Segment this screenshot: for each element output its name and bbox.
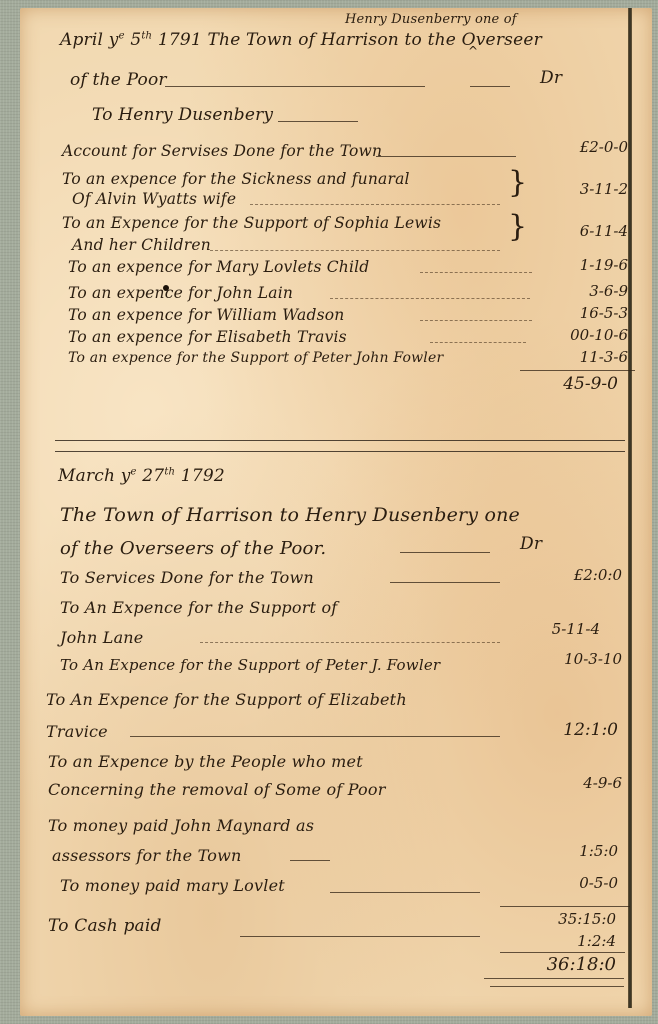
- date-day: 5: [130, 30, 141, 50]
- insertion-note: Henry Dusenberry one of: [345, 12, 517, 27]
- ledger-item-amount: 00-10-6: [570, 326, 628, 344]
- ledger-item-text: To an expence for Elisabeth Travis: [68, 328, 347, 346]
- ledger-item-amount: 1:5:0: [579, 842, 618, 860]
- ledger-item-text: Account for Servises Done for the Town: [62, 142, 382, 160]
- ledger-item-amount: 10-3-10: [564, 650, 622, 668]
- rule: [470, 86, 510, 87]
- date-prefix: March y: [58, 466, 131, 486]
- cash-paid-amount: 1:2:4: [577, 932, 616, 950]
- date-year: 1792: [181, 466, 225, 486]
- rule: [290, 860, 330, 861]
- ledger-item-amount: 11-3-6: [580, 348, 628, 366]
- ledger-item-amount: 0-5-0: [579, 874, 618, 892]
- section-divider: [55, 451, 625, 452]
- entry-1792-total: 36:18:0: [547, 954, 616, 975]
- ledger-item-text: To Cash paid: [48, 916, 162, 936]
- total-rule: [500, 952, 625, 953]
- brace-icon: }: [508, 212, 527, 242]
- entry-title: The Town of Harrison to Henry Dusenbery …: [60, 504, 520, 526]
- brace-icon: }: [508, 168, 527, 198]
- leader-dash: [200, 642, 500, 643]
- date-suffix: th: [164, 466, 175, 477]
- section-divider: [55, 440, 625, 441]
- rule: [330, 892, 480, 893]
- page-gutter-edge: [628, 8, 632, 1008]
- date-prefix: April y: [60, 30, 119, 50]
- ledger-item-text: To Services Done for the Town: [60, 568, 314, 587]
- ledger-item-text-cont: And her Children: [72, 236, 211, 254]
- entry-title: The Town of Harrison to the Overseer: [208, 30, 542, 50]
- debit-marker: Dr: [540, 68, 562, 88]
- to-line: To Henry Dusenbery: [92, 105, 273, 125]
- rule: [130, 736, 500, 737]
- ledger-item-text: To money paid John Maynard as: [48, 816, 314, 835]
- ledger-item-amount: 1-19-6: [580, 256, 628, 274]
- ledger-item-text: To An Expence for the Support of Peter J…: [60, 656, 440, 674]
- debit-marker: Dr: [520, 534, 542, 554]
- ledger-item-text: To an expence for William Wadson: [68, 306, 345, 324]
- rule: [400, 552, 490, 553]
- ledger-item-text: To An Expence for the Support of: [60, 598, 337, 617]
- double-underline: [490, 986, 624, 987]
- leader-dash: [430, 342, 526, 343]
- total-rule: [520, 370, 635, 371]
- entry-title-line-2: of the Poor: [70, 70, 167, 90]
- rule: [278, 121, 358, 122]
- ledger-item-amount: 3-6-9: [589, 282, 628, 300]
- entry-1792-date: March ye 27th 1792: [58, 466, 225, 486]
- rule: [240, 936, 480, 937]
- rule: [376, 156, 516, 157]
- date-day: 27: [142, 466, 164, 486]
- ledger-item-text-cont: Concerning the removal of Some of Poor: [48, 780, 386, 799]
- leader-dash: [210, 250, 500, 251]
- ledger-item-text: To an expence for the Sickness and funar…: [62, 170, 410, 188]
- ledger-item-text-cont: John Lane: [60, 628, 143, 647]
- insertion-caret-icon: ^: [468, 44, 478, 58]
- subtotal-rule: [500, 906, 630, 907]
- ledger-item-amount: 4-9-6: [583, 774, 622, 792]
- ledger-item-text-cont: Travice: [46, 722, 108, 741]
- ledger-item-amount: 6-11-4: [580, 222, 628, 240]
- ledger-item-amount: 16-5-3: [580, 304, 628, 322]
- ledger-item-text: To money paid mary Lovlet: [60, 876, 285, 895]
- ledger-item-text: To an Expence for the Support of Sophia …: [62, 214, 441, 232]
- entry-title-line-2: of the Overseers of the Poor.: [60, 538, 326, 559]
- ledger-item-text-cont: Of Alvin Wyatts wife: [72, 190, 236, 208]
- rule: [165, 86, 425, 87]
- ledger-item-text: To an Expence by the People who met: [48, 752, 363, 771]
- leader-dash: [420, 272, 532, 273]
- ledger-item-amount: £2-0-0: [580, 138, 628, 156]
- leader-dash: [330, 298, 530, 299]
- date-year: 1791: [158, 30, 202, 50]
- ledger-item-amount: 3-11-2: [580, 180, 628, 198]
- entry-1791-total: 45-9-0: [563, 374, 618, 394]
- leader-dash: [250, 204, 500, 205]
- entry-1792-subtotal: 35:15:0: [558, 910, 616, 928]
- double-underline: [484, 978, 624, 979]
- ledger-item-text: To an expence for Mary Lovlets Child: [68, 258, 369, 276]
- ledger-item-amount: 5-11-4: [552, 620, 600, 638]
- leader-dash: [420, 320, 532, 321]
- ledger-item-text: To An Expence for the Support of Elizabe…: [46, 690, 407, 709]
- ledger-item-text: To an expence for John Lain: [68, 284, 293, 302]
- ledger-item-amount: £2:0:0: [574, 566, 622, 584]
- ledger-item-text: To an expence for the Support of Peter J…: [68, 350, 443, 366]
- ledger-item-amount: 12:1:0: [563, 720, 618, 740]
- ledger-item-text-cont: assessors for the Town: [52, 846, 241, 865]
- rule: [390, 582, 500, 583]
- date-suffix: th: [141, 30, 152, 41]
